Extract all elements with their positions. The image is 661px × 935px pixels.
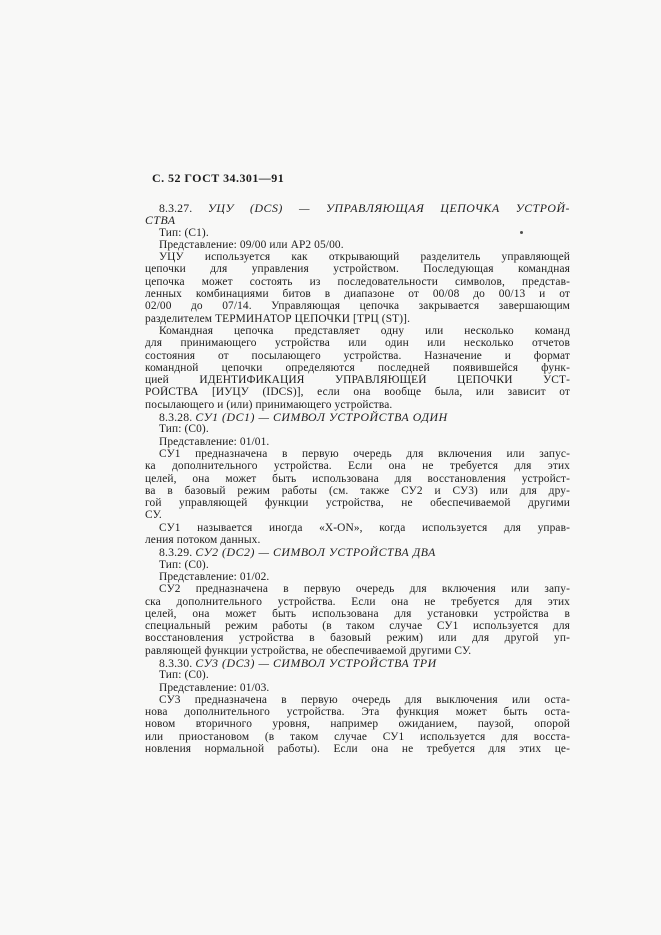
heading-title: УЦУ (DCS) — УПРАВЛЯЮЩАЯ ЦЕПОЧКА УСТРОЙ-: [208, 202, 570, 214]
text-line: СУ3 предназначена в первую очередь для в…: [145, 694, 570, 706]
text-line: гой управляющей функции устройства, не о…: [145, 497, 570, 509]
text-line: 8.3.27. УЦУ (DCS) — УПРАВЛЯЮЩАЯ ЦЕПОЧКА …: [145, 202, 570, 214]
section-heading: 8.3.30. СУ3 (DC3) — СИМВОЛ УСТРОЙСТВА ТР…: [145, 657, 570, 669]
paragraph: УЦУ используется как открывающий раздели…: [145, 251, 570, 325]
text-line: Командная цепочка представляет одну или …: [145, 325, 570, 337]
heading-number: 8.3.27.: [159, 202, 208, 214]
text-line: Тип: (C0).: [145, 423, 570, 435]
paragraph: Тип: (C1).: [145, 227, 570, 239]
text-line: разделителем ТЕРМИНАТОР ЦЕПОЧКИ [ТРЦ (ST…: [145, 313, 570, 325]
paragraph: Представление: 09/00 или АР2 05/00.: [145, 239, 570, 251]
heading-title: СУ3 (DC3) — СИМВОЛ УСТРОЙСТВА ТРИ: [195, 657, 436, 669]
heading-number: 8.3.29.: [159, 546, 195, 558]
text-line: СУ1 называется иногда «X-ON», когда испо…: [145, 522, 570, 534]
paragraph: Тип: (C0).: [145, 669, 570, 681]
text-line: СУ2 предназначена в первую очередь для в…: [145, 583, 570, 595]
text-line: цепочка может состоять из последовательн…: [145, 276, 570, 288]
text-line: Представление: 01/01.: [145, 436, 570, 448]
text-line: специальный режим работы (в таком случае…: [145, 620, 570, 632]
text-line: ленных комбинациями битов в диапазоне от…: [145, 288, 570, 300]
text-line: 02/00 до 07/14. Управляющая цепочка закр…: [145, 300, 570, 312]
paragraph: Представление: 01/01.: [145, 436, 570, 448]
text-line: целей, она может быть использована для в…: [145, 473, 570, 485]
text-line: для принимающего устройства или один или…: [145, 337, 570, 349]
paragraph: Представление: 01/02.: [145, 571, 570, 583]
text-line: восстановления устройства в базовый режи…: [145, 632, 570, 644]
text-line: цепочки для управления устройством. Посл…: [145, 263, 570, 275]
text-line: 8.3.29. СУ2 (DC2) — СИМВОЛ УСТРОЙСТВА ДВ…: [145, 546, 570, 558]
paragraph: СУ1 предназначена в первую очередь для в…: [145, 448, 570, 522]
text-line: Тип: (C0).: [145, 669, 570, 681]
text-line: Представление: 01/03.: [145, 682, 570, 694]
text-line: СУ.: [145, 509, 570, 521]
text-line: 8.3.28. СУ1 (DC1) — СИМВОЛ УСТРОЙСТВА ОД…: [145, 411, 570, 423]
paragraph: Тип: (C0).: [145, 423, 570, 435]
text-line: цией ИДЕНТИФИКАЦИЯ УПРАВЛЯЮЩЕЙ ЦЕПОЧКИ У…: [145, 374, 570, 386]
text-line: равляющей функции устройства, не обеспеч…: [145, 645, 570, 657]
text-line: Представление: 01/02.: [145, 571, 570, 583]
text-line: Тип: (C0).: [145, 559, 570, 571]
text-line: УЦУ используется как открывающий раздели…: [145, 251, 570, 263]
text-line: нова дополнительного устройства. Эта фун…: [145, 706, 570, 718]
paragraph: Представление: 01/03.: [145, 682, 570, 694]
paragraph: СУ1 называется иногда «X-ON», когда испо…: [145, 522, 570, 547]
text-line: ва в базовый режим работы (см. также СУ2…: [145, 485, 570, 497]
paragraph: Командная цепочка представляет одну или …: [145, 325, 570, 411]
text-line: командной цепочки определяются последней…: [145, 362, 570, 374]
text-line: целей, она может быть использована для у…: [145, 608, 570, 620]
section-heading: 8.3.27. УЦУ (DCS) — УПРАВЛЯЮЩАЯ ЦЕПОЧКА …: [145, 202, 570, 227]
scan-artifact-dot: [520, 231, 523, 234]
section-heading: 8.3.29. СУ2 (DC2) — СИМВОЛ УСТРОЙСТВА ДВ…: [145, 546, 570, 558]
text-line: 8.3.30. СУ3 (DC3) — СИМВОЛ УСТРОЙСТВА ТР…: [145, 657, 570, 669]
text-line: Представление: 09/00 или АР2 05/00.: [145, 239, 570, 251]
document-page: С. 52 ГОСТ 34.301—91 8.3.27. УЦУ (DCS) —…: [0, 0, 661, 935]
text-line: СТВА: [145, 214, 570, 226]
text-line: Тип: (C1).: [145, 227, 570, 239]
paragraph: Тип: (C0).: [145, 559, 570, 571]
heading-number: 8.3.28.: [159, 411, 195, 423]
text-line: РОЙСТВА [ИУЦУ (IDCS)], если она вообще б…: [145, 386, 570, 398]
heading-title-continuation: СТВА: [145, 214, 176, 226]
text-line: новом вторичного уровня, например ожидан…: [145, 718, 570, 730]
text-line: ка дополнительного устройства. Если она …: [145, 460, 570, 472]
paragraph: СУ3 предназначена в первую очередь для в…: [145, 694, 570, 755]
text-column: 8.3.27. УЦУ (DCS) — УПРАВЛЯЮЩАЯ ЦЕПОЧКА …: [145, 202, 570, 755]
text-line: ления потоком данных.: [145, 534, 570, 546]
section-heading: 8.3.28. СУ1 (DC1) — СИМВОЛ УСТРОЙСТВА ОД…: [145, 411, 570, 423]
text-line: состояния от посылающего устройства. Наз…: [145, 350, 570, 362]
page-header: С. 52 ГОСТ 34.301—91: [152, 171, 284, 186]
text-line: или приостановом (в таком случае СУ1 исп…: [145, 731, 570, 743]
heading-title: СУ1 (DC1) — СИМВОЛ УСТРОЙСТВА ОДИН: [195, 411, 447, 423]
text-line: посылающего и (или) принимающего устройс…: [145, 399, 570, 411]
text-line: новления нормальной работы). Если она не…: [145, 743, 570, 755]
heading-number: 8.3.30.: [159, 657, 195, 669]
text-line: СУ1 предназначена в первую очередь для в…: [145, 448, 570, 460]
text-line: ска дополнительного устройства. Если она…: [145, 596, 570, 608]
heading-title: СУ2 (DC2) — СИМВОЛ УСТРОЙСТВА ДВА: [195, 546, 435, 558]
paragraph: СУ2 предназначена в первую очередь для в…: [145, 583, 570, 657]
